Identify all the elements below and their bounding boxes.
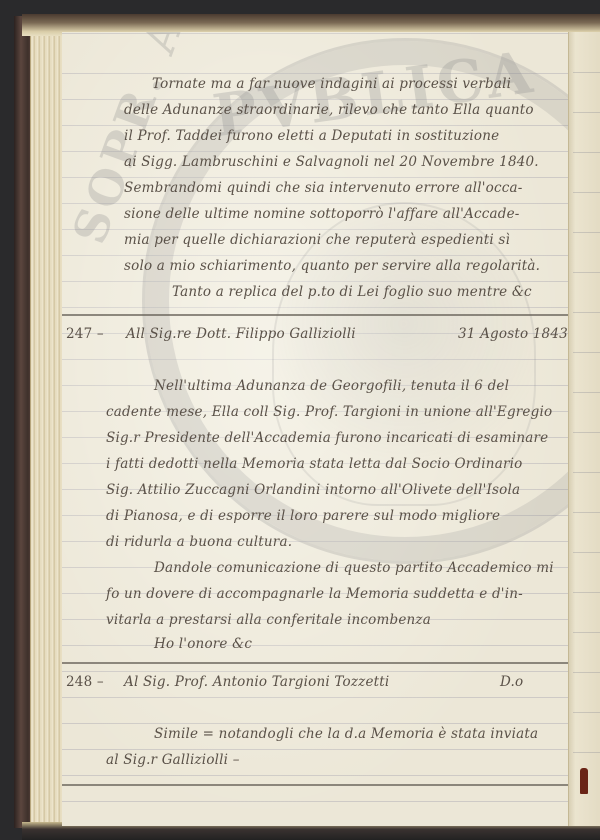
- text-line: Tornate ma a far nuove indagini ai proce…: [152, 76, 511, 92]
- text-line: Sig.r Presidente dell'Accademia furono i…: [106, 430, 548, 446]
- text-line: di Pianosa, e di esporre il loro parere …: [106, 508, 500, 524]
- text-line: il Prof. Taddei furono eletti a Deputati…: [124, 128, 499, 144]
- entry-date: D.o: [500, 674, 523, 690]
- text-line: ai Sigg. Lambruschini e Salvagnoli nel 2…: [124, 154, 539, 170]
- text-line: di ridurla a buona cultura.: [106, 534, 292, 550]
- text-line: Simile = notandogli che la d.a Memoria è…: [154, 726, 538, 742]
- right-page-margin: [568, 32, 600, 826]
- text-line: vitarla a prestarsi alla conferitale inc…: [106, 612, 431, 628]
- entry-number: 248 –: [66, 674, 104, 690]
- entry-divider: [62, 662, 568, 664]
- entry-divider: [62, 784, 568, 786]
- text-line: solo a mio schiarimento, quanto per serv…: [124, 258, 540, 274]
- text-line: fo un dovere di accompagnarle la Memoria…: [106, 586, 523, 602]
- text-line: Dandole comunicazione di questo partito …: [154, 560, 554, 576]
- closing-line: Ho l'onore &c: [154, 636, 252, 652]
- entry-addressee: All Sig.re Dott. Filippo Galliziolli: [126, 326, 356, 342]
- entry-divider: [62, 314, 568, 316]
- entry-date: 31 Agosto 1843 –: [458, 326, 568, 342]
- manuscript-page: PVBLICA SOPR. ATAT Tornate ma a far nuov…: [62, 32, 568, 826]
- text-line: Nell'ultima Adunanza de Georgofili, tenu…: [154, 378, 509, 394]
- text-line: delle Adunanze straordinarie, rilevo che…: [124, 102, 534, 118]
- bookmark-ribbon: [580, 768, 588, 794]
- text-line: al Sig.r Galliziolli –: [106, 752, 240, 768]
- text-line: cadente mese, Ella coll Sig. Prof. Targi…: [106, 404, 552, 420]
- text-line: i fatti dedotti nella Memoria stata lett…: [106, 456, 522, 472]
- text-line: Sembrandomi quindi che sia intervenuto e…: [124, 180, 523, 196]
- text-line: mia per quelle dichiarazioni che reputer…: [124, 232, 510, 248]
- entry-number: 247 –: [66, 326, 104, 342]
- text-line: sione delle ultime nomine sottoporrò l'a…: [124, 206, 520, 222]
- text-line: Tanto a replica del p.to di Lei foglio s…: [172, 284, 532, 300]
- entry-addressee: Al Sig. Prof. Antonio Targioni Tozzetti: [124, 674, 389, 690]
- text-line: Sig. Attilio Zuccagni Orlandini intorno …: [106, 482, 520, 498]
